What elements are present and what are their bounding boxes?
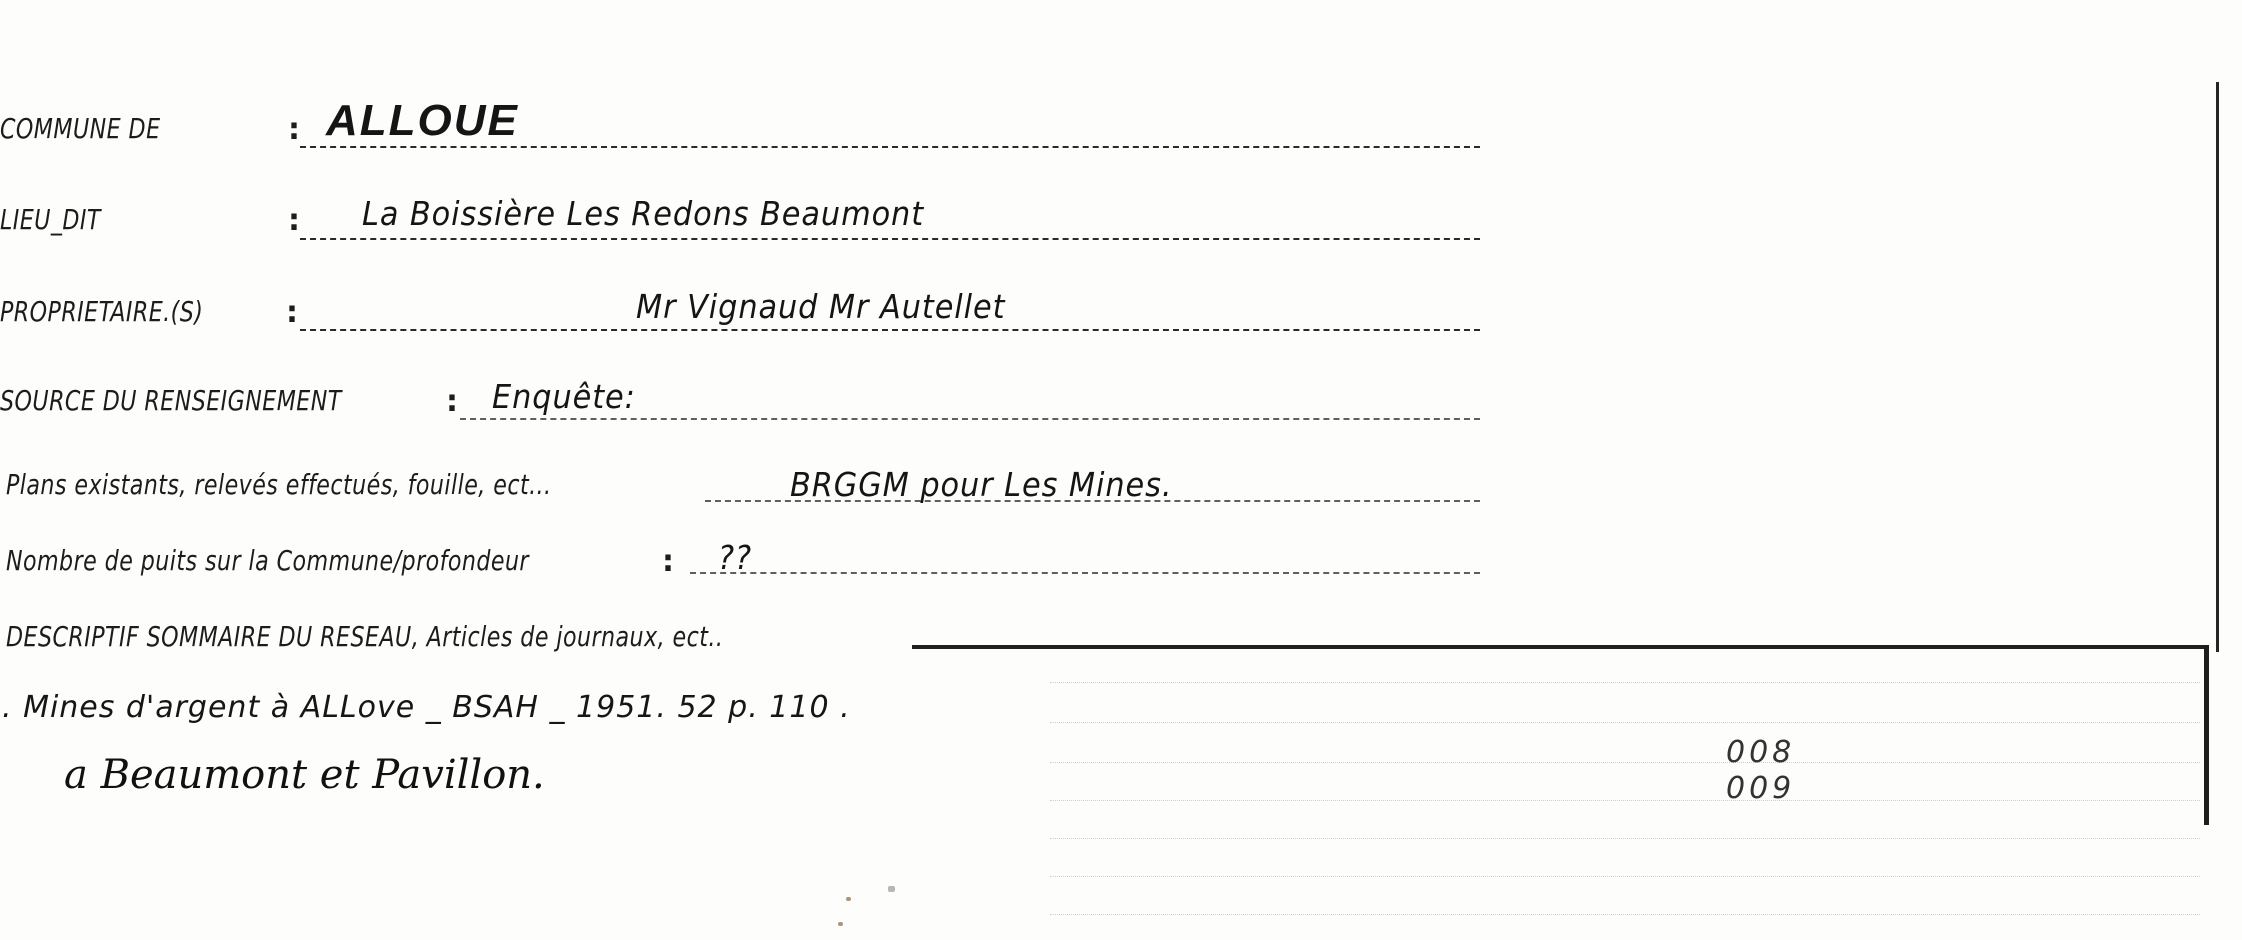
- colon: :: [288, 112, 300, 147]
- box-right-border: [2204, 645, 2209, 825]
- margin-number: 008: [1726, 736, 1795, 770]
- dotted-line: [690, 572, 1480, 574]
- label-commune: COMMUNE DE: [0, 112, 161, 145]
- ruled-line: [1050, 838, 2200, 839]
- label-proprietaire: PROPRIETAIRE.(S): [0, 295, 203, 328]
- dotted-line: [300, 329, 1480, 331]
- scan-speck: [888, 886, 895, 892]
- ruled-line: [1050, 722, 2200, 723]
- description-line-1: . Mines d'argent à ALLove _ BSAH _ 1951.…: [2, 690, 851, 725]
- label-puits: Nombre de puits sur la Commune/profondeu…: [6, 544, 529, 577]
- dotted-line: [300, 146, 1480, 148]
- colon: :: [446, 384, 458, 419]
- label-source: SOURCE DU RENSEIGNEMENT: [0, 384, 342, 417]
- description-line-2: a Beaumont et Pavillon.: [64, 752, 545, 798]
- label-lieu-dit: LIEU_DIT: [0, 203, 101, 236]
- dotted-line: [300, 238, 1480, 240]
- scan-speck: [838, 922, 843, 926]
- frame-right-border: [2216, 82, 2219, 652]
- margin-number: 009: [1726, 772, 1795, 806]
- value-lieu-dit: La Boissière Les Redons Beaumont: [362, 194, 924, 233]
- label-descriptif: DESCRIPTIF SOMMAIRE DU RESEAU, Articles …: [6, 620, 723, 653]
- descriptif-underline: [912, 645, 2208, 649]
- label-plans: Plans existants, relevés effectués, foui…: [6, 468, 552, 501]
- value-proprietaire: Mr Vignaud Mr Autellet: [636, 287, 1005, 326]
- colon: :: [286, 295, 298, 330]
- value-commune: ALLOUE: [326, 96, 519, 146]
- colon: :: [288, 203, 300, 238]
- dotted-line: [460, 418, 1480, 420]
- value-source: Enquête:: [492, 377, 636, 416]
- scan-speck: [846, 897, 851, 901]
- value-plans: BRGGM pour Les Mines.: [790, 465, 1172, 504]
- colon: :: [662, 544, 674, 579]
- ruled-line: [1050, 762, 2200, 763]
- ruled-line: [1050, 682, 2200, 683]
- ruled-line: [1050, 800, 2200, 801]
- dotted-line: [705, 500, 1480, 502]
- ruled-line: [1050, 876, 2200, 877]
- ruled-line: [1050, 914, 2200, 915]
